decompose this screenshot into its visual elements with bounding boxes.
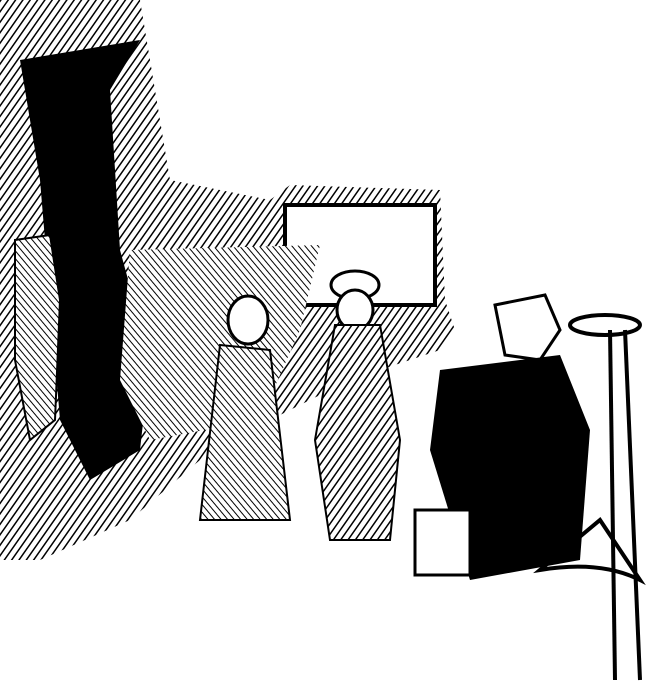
- illustration: [0, 0, 663, 687]
- ink-drawing: [0, 0, 663, 687]
